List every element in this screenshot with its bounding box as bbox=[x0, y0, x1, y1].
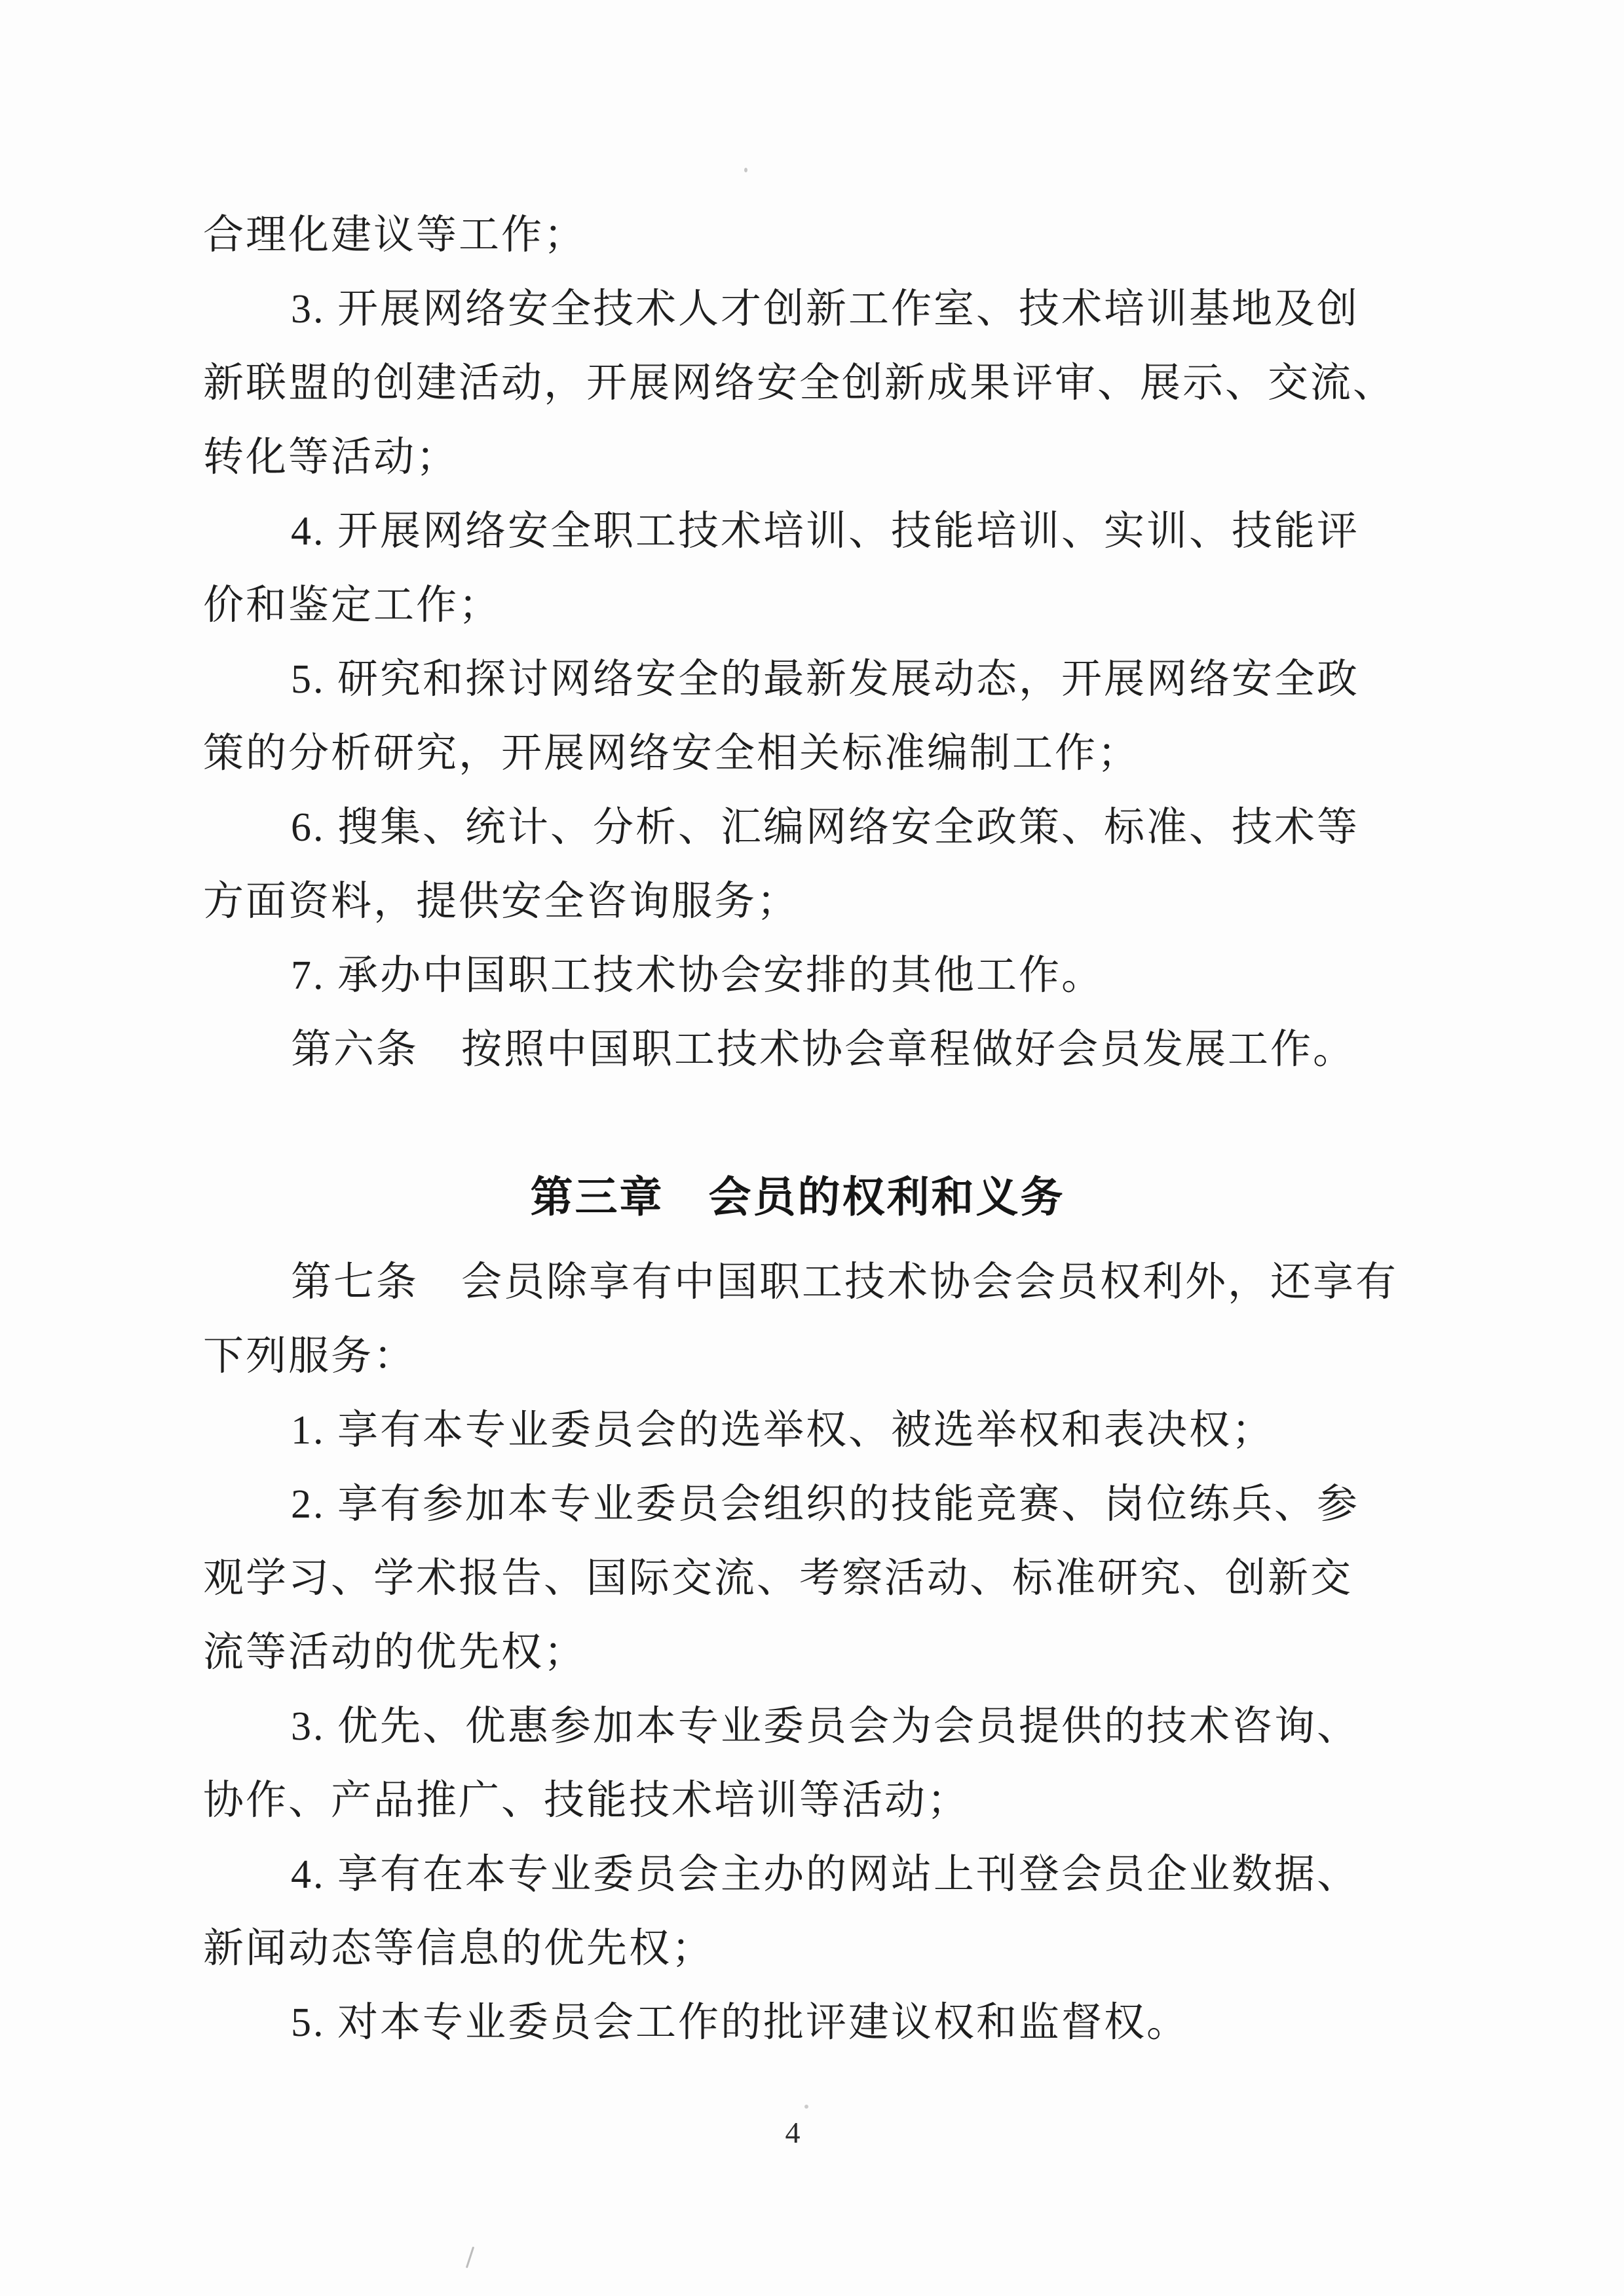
text-line: 方面资料，提供安全咨询服务； bbox=[203, 865, 1392, 939]
text-line: 4. 开展网络安全职工技术培训、技能培训、实训、技能评 bbox=[203, 495, 1392, 569]
text-line: 2. 享有参加本专业委员会组织的技能竞赛、岗位练兵、参 bbox=[203, 1468, 1392, 1542]
scanned-document-page: 合理化建议等工作；3. 开展网络安全技术人才创新工作室、技术培训基地及创新联盟的… bbox=[0, 0, 1624, 2296]
text-line: 3. 优先、优惠参加本专业委员会为会员提供的技术咨询、 bbox=[203, 1690, 1392, 1764]
text-line: 新联盟的创建活动，开展网络安全创新成果评审、展示、交流、 bbox=[203, 347, 1392, 421]
section-committee-tasks: 合理化建议等工作；3. 开展网络安全技术人才创新工作室、技术培训基地及创新联盟的… bbox=[203, 199, 1392, 1087]
text-line: 价和鉴定工作； bbox=[203, 569, 1392, 643]
text-line: 5. 对本专业委员会工作的批评建议权和监督权。 bbox=[203, 1986, 1392, 2060]
text-line: 流等活动的优先权； bbox=[203, 1616, 1392, 1690]
text-line: 1. 享有本专业委员会的选举权、被选举权和表决权； bbox=[203, 1394, 1392, 1468]
chapter-heading: 第三章 会员的权利和义务 bbox=[203, 1161, 1392, 1235]
text-line: 转化等活动； bbox=[203, 421, 1392, 495]
section-member-rights: 第七条 会员除享有中国职工技术协会会员权利外，还享有下列服务：1. 享有本专业委… bbox=[203, 1246, 1392, 2060]
scan-speck bbox=[466, 2246, 474, 2268]
page-number: 4 bbox=[0, 2115, 1585, 2150]
text-line: 4. 享有在本专业委员会主办的网站上刊登会员企业数据、 bbox=[203, 1838, 1392, 1912]
text-line: 3. 开展网络安全技术人才创新工作室、技术培训基地及创 bbox=[203, 273, 1392, 347]
text-line: 第七条 会员除享有中国职工技术协会会员权利外，还享有 bbox=[203, 1246, 1392, 1320]
text-line: 5. 研究和探讨网络安全的最新发展动态，开展网络安全政 bbox=[203, 643, 1392, 717]
text-line: 观学习、学术报告、国际交流、考察活动、标准研究、创新交 bbox=[203, 1542, 1392, 1616]
text-line: 合理化建议等工作； bbox=[203, 199, 1392, 273]
page-content: 合理化建议等工作；3. 开展网络安全技术人才创新工作室、技术培训基地及创新联盟的… bbox=[203, 199, 1392, 2060]
text-line: 新闻动态等信息的优先权； bbox=[203, 1912, 1392, 1986]
scan-speck bbox=[744, 168, 747, 172]
text-line: 第六条 按照中国职工技术协会章程做好会员发展工作。 bbox=[203, 1013, 1392, 1087]
text-line: 下列服务： bbox=[203, 1320, 1392, 1394]
scan-speck bbox=[804, 2105, 808, 2109]
text-line: 协作、产品推广、技能技术培训等活动； bbox=[203, 1764, 1392, 1838]
text-line: 7. 承办中国职工技术协会安排的其他工作。 bbox=[203, 939, 1392, 1013]
text-line: 策的分析研究，开展网络安全相关标准编制工作； bbox=[203, 717, 1392, 791]
text-line: 6. 搜集、统计、分析、汇编网络安全政策、标准、技术等 bbox=[203, 791, 1392, 865]
